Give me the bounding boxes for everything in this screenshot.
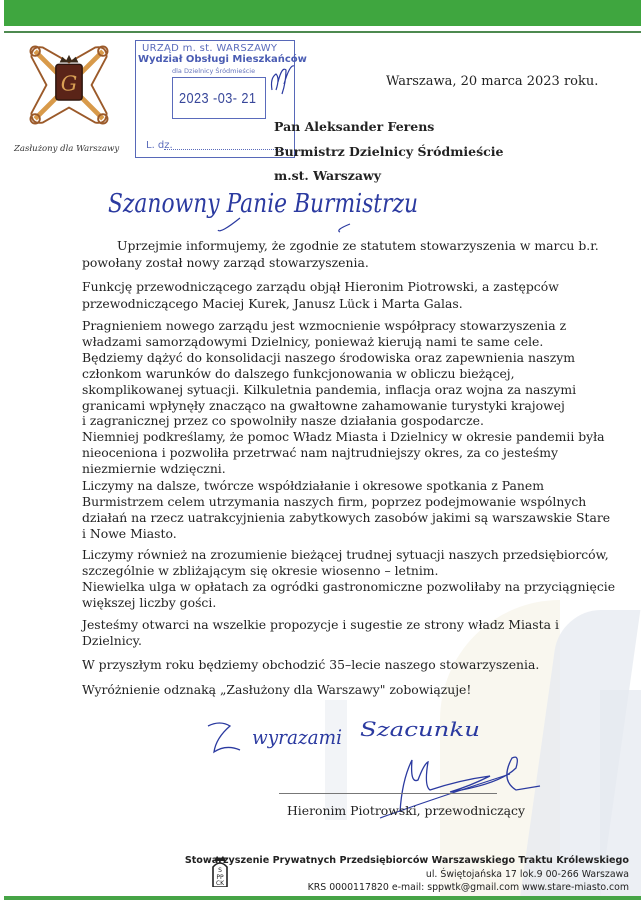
footer-organization-name: Stowarzyszenie Prywatnych Przedsiębiorcó… bbox=[185, 855, 629, 866]
body-paragraph: Pragnieniem nowego zarządu jest wzmocnie… bbox=[82, 318, 622, 477]
stamp-ldz-field bbox=[164, 149, 288, 150]
svg-text:Szacunku: Szacunku bbox=[360, 717, 480, 741]
addressee-name: Pan Aleksander Ferens bbox=[274, 119, 434, 134]
svg-text:CK: CK bbox=[216, 880, 225, 887]
body-paragraph: Jesteśmy otwarci na wszelkie propozycje … bbox=[82, 617, 622, 650]
body-paragraph: Uprzejmie informujemy, że zgodnie ze sta… bbox=[82, 238, 622, 272]
addressee-title: Burmistrz Dzielnicy Śródmieście bbox=[274, 144, 503, 159]
stamp-date: 2023 -03- 21 bbox=[179, 90, 256, 107]
body-paragraph: Liczymy również na zrozumienie bieżącej … bbox=[82, 547, 622, 611]
body-paragraph: W przyszłym roku będziemy obchodzić 35–l… bbox=[82, 657, 622, 673]
svg-text:wyrazami: wyrazami bbox=[252, 725, 342, 749]
zasluzony-emblem-icon: G bbox=[22, 38, 116, 132]
place-and-date: Warszawa, 20 marca 2023 roku. bbox=[386, 74, 598, 89]
emblem-caption: Zasłużony dla Warszawy bbox=[14, 144, 119, 154]
footer-rule bbox=[4, 896, 641, 900]
footer-contact: KRS 0000117820 e-mail: sppwtk@gmail.com … bbox=[308, 882, 629, 893]
letterhead-rule bbox=[4, 31, 641, 33]
stamp-office: URZĄD m. st. WARSZAWY bbox=[142, 43, 277, 54]
body-paragraph: Funkcję przewodniczącego zarządu objął H… bbox=[82, 279, 622, 313]
svg-text:G: G bbox=[61, 72, 78, 96]
letterhead-banner bbox=[4, 0, 641, 26]
stamp-initials-signature bbox=[268, 60, 298, 100]
footer-address: ul. Świętojańska 17 lok.9 00-266 Warszaw… bbox=[426, 869, 629, 880]
signature-line bbox=[279, 793, 497, 794]
body-paragraph: Wyróżnienie odznaką „Zasłużony dla Warsz… bbox=[82, 682, 622, 698]
handwritten-salutation: Szanowny Panie Burmistrzu Szanowny Panie… bbox=[100, 178, 430, 234]
stamp-date-box: 2023 -03- 21 bbox=[172, 77, 266, 119]
body-paragraph: Liczymy na dalsze, twórcze współdziałani… bbox=[82, 478, 622, 542]
stamp-district: dla Dzielnicy Śródmieście bbox=[172, 67, 255, 75]
svg-text:S: S bbox=[218, 867, 222, 874]
signatory-name: Hieronim Piotrowski, przewodniczący bbox=[287, 803, 525, 818]
svg-text:Szanowny Panie Burmistrzu: Szanowny Panie Burmistrzu bbox=[108, 189, 418, 219]
